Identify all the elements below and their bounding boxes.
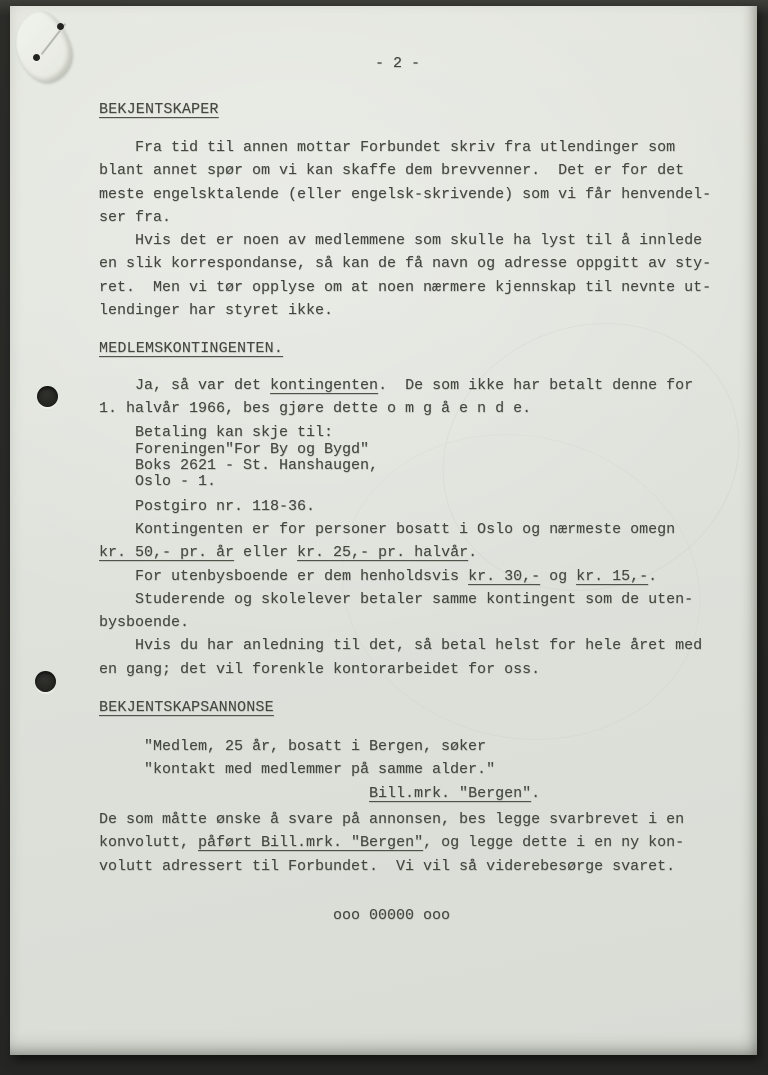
page-number: - 2 - xyxy=(375,52,420,75)
paper-sheet xyxy=(10,6,757,1055)
staple-mark xyxy=(14,8,80,94)
page-background: { "page_number": "- 2 -", "footer_orname… xyxy=(0,0,768,1075)
punch-hole-top xyxy=(37,386,58,407)
footer-ornament: ooo 00000 ooo xyxy=(333,904,450,927)
torn-paper-patch xyxy=(7,6,78,89)
staple-hole-dot xyxy=(57,23,64,30)
punch-hole-bottom xyxy=(35,671,56,692)
staple-hole-dot xyxy=(33,54,40,61)
